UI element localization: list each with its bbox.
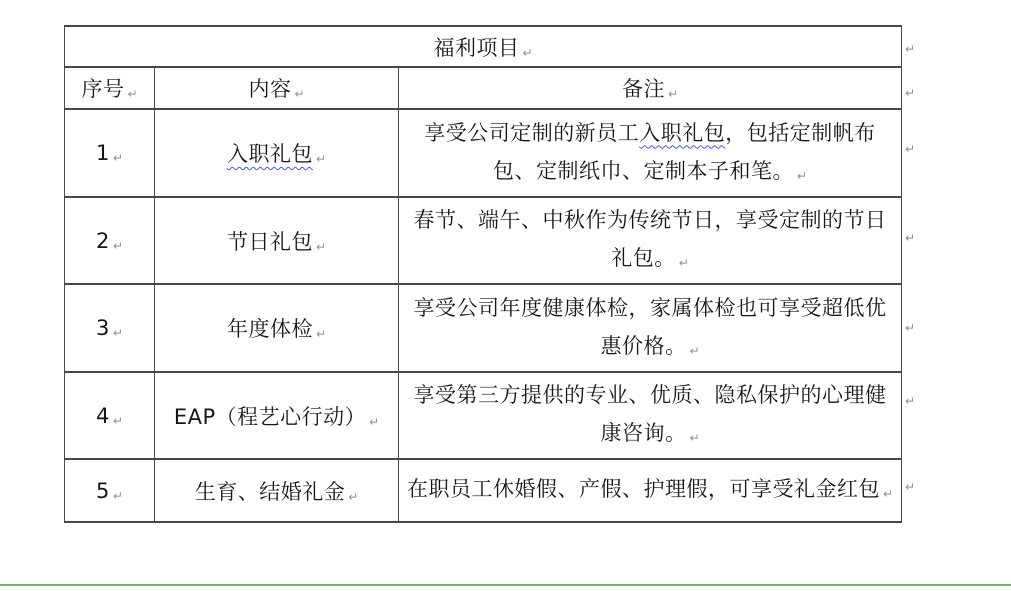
paragraph-mark-icon: ↵ (369, 415, 379, 429)
header-cell-content[interactable]: 内容↵ (155, 67, 399, 109)
end-of-row-mark-icon: ↵ (905, 42, 915, 56)
paragraph-mark-icon: ↵ (689, 332, 699, 370)
end-of-row-mark-icon: ↵ (905, 231, 915, 245)
cell-no[interactable]: 4↵ (65, 372, 155, 459)
paragraph-mark-icon: ↵ (689, 419, 699, 457)
paragraph-mark-icon: ↵ (113, 151, 123, 165)
paragraph-mark-icon: ↵ (668, 87, 678, 101)
paragraph-mark-icon: ↵ (113, 239, 123, 253)
bottom-accent-bar (0, 584, 1011, 586)
column-header-remark: 备注 (622, 77, 665, 101)
paragraph-mark-icon: ↵ (348, 490, 358, 504)
paragraph-mark-icon: ↵ (113, 326, 123, 340)
cell-content[interactable]: EAP（程艺心行动）↵ (155, 372, 399, 459)
cell-content[interactable]: 生育、结婚礼金↵ (155, 459, 399, 522)
end-of-row-mark-icon: ↵ (905, 394, 915, 408)
column-header-no: 序号 (81, 77, 124, 101)
end-of-row-mark-icon: ↵ (905, 86, 915, 100)
paragraph-mark-icon: ↵ (883, 475, 893, 513)
cell-content[interactable]: 年度体检↵ (155, 284, 399, 372)
cell-remark[interactable]: 享受公司年度健康体检，家属体检也可享受超低优 惠价格。↵ (399, 284, 902, 372)
header-cell-no[interactable]: 序号↵ (65, 67, 155, 109)
table-row: 4↵ EAP（程艺心行动）↵ 享受第三方提供的专业、优质、隐私保护的心理健 康咨… (65, 372, 902, 459)
cell-no[interactable]: 2↵ (65, 197, 155, 284)
paragraph-mark-icon: ↵ (316, 327, 326, 341)
table-title-cell[interactable]: 福利项目↵ (65, 26, 902, 67)
paragraph-mark-icon: ↵ (294, 87, 304, 101)
column-header-content: 内容 (248, 77, 291, 101)
paragraph-mark-icon: ↵ (797, 157, 807, 195)
cell-remark[interactable]: 春节、端午、中秋作为传统节日，享受定制的节日 礼包。↵ (399, 197, 902, 284)
paragraph-mark-icon: ↵ (127, 87, 137, 101)
cell-remark[interactable]: 享受第三方提供的专业、优质、隐私保护的心理健 康咨询。↵ (399, 372, 902, 459)
table-row: 1↵ 入职礼包↵ 享受公司定制的新员工入职礼包，包括定制帆布 包、定制纸巾、定制… (65, 109, 902, 197)
paragraph-mark-icon: ↵ (316, 240, 326, 254)
cell-no[interactable]: 5↵ (65, 459, 155, 522)
misspelled-text: 入职礼包 (639, 121, 725, 145)
cell-no[interactable]: 3↵ (65, 284, 155, 372)
paragraph-mark-icon: ↵ (522, 46, 532, 60)
cell-content[interactable]: 入职礼包↵ (155, 109, 399, 197)
table-title: 福利项目 (433, 36, 519, 60)
paragraph-mark-icon: ↵ (679, 244, 689, 282)
paragraph-mark-icon: ↵ (316, 152, 326, 166)
document-page: 福利项目↵ 序号↵ 内容↵ 备注↵ 1↵ 入职礼包↵ 享受公司定制的新员工入职礼… (0, 0, 1011, 591)
end-of-row-mark-icon: ↵ (905, 480, 915, 494)
cell-no[interactable]: 1↵ (65, 109, 155, 197)
paragraph-mark-icon: ↵ (113, 489, 123, 503)
cell-content[interactable]: 节日礼包↵ (155, 197, 399, 284)
table-row: 3↵ 年度体检↵ 享受公司年度健康体检，家属体检也可享受超低优 惠价格。↵ (65, 284, 902, 372)
paragraph-mark-icon: ↵ (113, 414, 123, 428)
header-cell-remark[interactable]: 备注↵ (399, 67, 902, 109)
benefits-table: 福利项目↵ 序号↵ 内容↵ 备注↵ 1↵ 入职礼包↵ 享受公司定制的新员工入职礼… (64, 25, 902, 523)
end-of-row-mark-icon: ↵ (905, 142, 915, 156)
cell-remark[interactable]: 享受公司定制的新员工入职礼包，包括定制帆布 包、定制纸巾、定制本子和笔。↵ (399, 109, 902, 197)
misspelled-text: 入职礼包 (227, 142, 313, 166)
table-row: 5↵ 生育、结婚礼金↵ 在职员工休婚假、产假、护理假，可享受礼金红包↵ (65, 459, 902, 522)
end-of-row-mark-icon: ↵ (905, 321, 915, 335)
cell-remark[interactable]: 在职员工休婚假、产假、护理假，可享受礼金红包↵ (399, 459, 902, 522)
table-row: 2↵ 节日礼包↵ 春节、端午、中秋作为传统节日，享受定制的节日 礼包。↵ (65, 197, 902, 284)
